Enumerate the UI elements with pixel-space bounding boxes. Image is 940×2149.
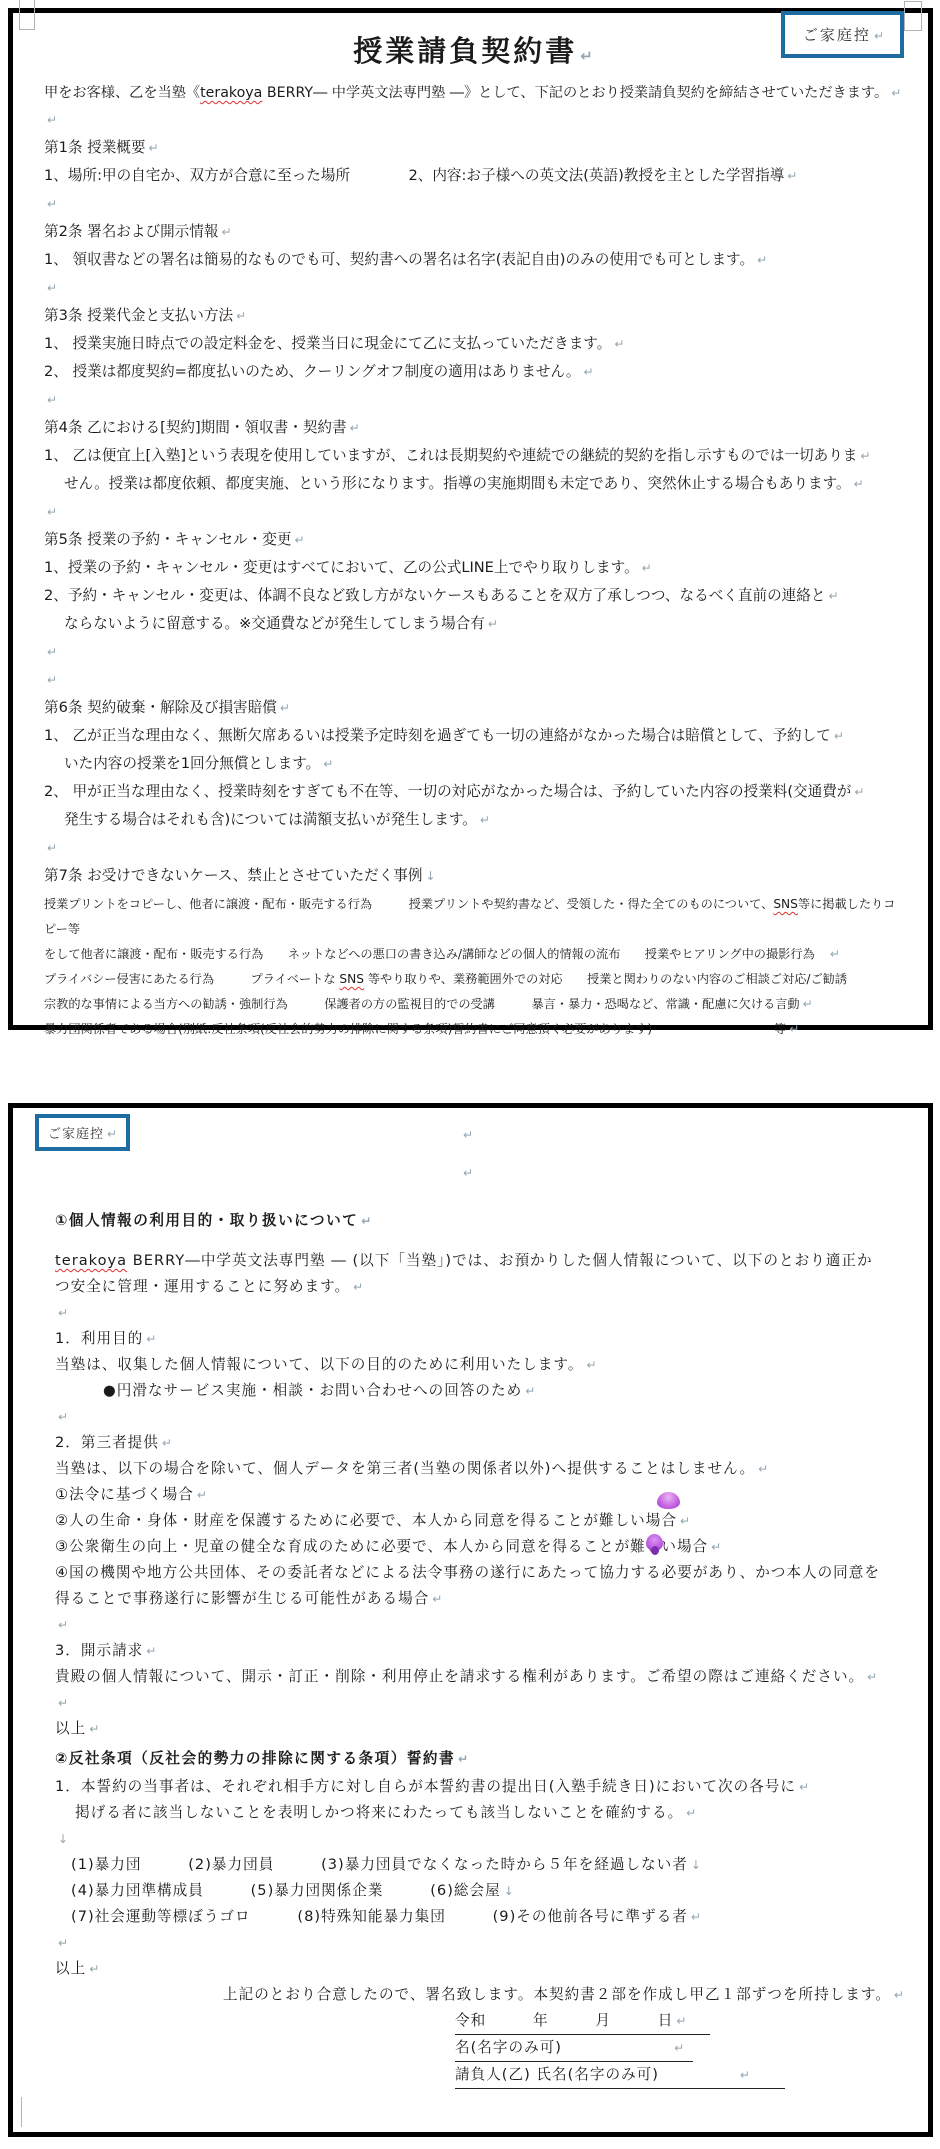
pilcrow-icon: ↵ <box>149 141 159 155</box>
margin-crop-mark <box>19 0 35 30</box>
pilcrow-icon: ↵ <box>586 1358 596 1372</box>
pilcrow-icon: ↵ <box>676 2014 686 2028</box>
pilcrow-icon: ↵ <box>614 337 624 351</box>
article-text-line: ならないように留意する。※交通費などが発生してしまう場合有↵ <box>64 610 902 638</box>
margin-crop-mark <box>21 2097 22 2127</box>
contract-page-2: ご家庭控↵ ↵ ↵ ①個人情報の利用目的・取り扱いについて↵ terakoya … <box>8 1103 933 2137</box>
pilcrow-icon: ↵ <box>525 1384 535 1398</box>
contract-page-1: ご家庭控↵ 授業請負契約書↵ 甲をお客様、乙を当塾《terakoya BERRY… <box>8 8 933 1030</box>
pilcrow-icon: ↵ <box>350 421 360 435</box>
article-heading: 第6条 契約破棄・解除及び損害賠償↵ <box>44 694 902 722</box>
family-copy-label: ご家庭控 <box>48 1127 104 1142</box>
pilcrow-icon: ↵ <box>854 785 864 799</box>
privacy-intro-line: terakoya BERRY―中学英文法専門塾 ― (以下「当塾」)では、お預か… <box>55 1248 904 1274</box>
pilcrow-icon: ↵ <box>874 29 884 43</box>
pilcrow-icon: ↵ <box>828 589 838 603</box>
pilcrow-icon: ↵ <box>830 947 840 961</box>
signature-name-field: 名(名字のみ可) ↵ <box>455 2035 693 2062</box>
pilcrow-icon: ↵ <box>162 1436 172 1450</box>
blank-line: ↵ <box>44 498 902 526</box>
pilcrow-icon: ↵ <box>323 757 333 771</box>
pilcrow-icon: ↵ <box>674 2041 684 2055</box>
pilcrow-icon: ↵ <box>834 729 844 743</box>
pilcrow-icon: ↵ <box>789 1022 799 1036</box>
blank-line: ↵ <box>55 1300 904 1326</box>
disclosure-text-line: 貴殿の個人情報について、開示・訂正・削除・利用停止を請求する権利があります。ご希… <box>55 1664 904 1690</box>
privacy-intro-line: つ安全に管理・運用することに努めます。↵ <box>55 1274 904 1300</box>
purpose-text-line: 当塾は、収集した個人情報について、以下の目的のために利用いたします。↵ <box>55 1352 904 1378</box>
prohibited-case-line: 授業プリントをコピーし、他者に譲渡・配布・販売する行為 授業プリントや契約書など… <box>44 892 902 942</box>
ink-balloon-annotation-icon <box>657 1492 680 1509</box>
antisocial-section-heading: ②反社条項（反社会的勢力の排除に関する条項）誓約書↵ <box>55 1746 904 1772</box>
family-copy-stamp-box: ご家庭控↵ <box>35 1114 130 1151</box>
article-heading: 第2条 署名および開示情報↵ <box>44 218 902 246</box>
article-text-line: 1、 乙は便宜上[入塾]という表現を使用していますが、これは長期契約や連続での継… <box>44 442 902 470</box>
prohibited-case-line: プライバシー侵害にあたる行為 プライベートな SNS 等やり取りや、業務範囲外で… <box>44 967 902 992</box>
arrow-line: ↓ <box>55 1826 904 1852</box>
blank-line: ↵ <box>44 190 902 218</box>
thirdparty-text-line: 当塾は、以下の場合を除いて、個人データを第三者(当塾の関係者以外)へ提供すること… <box>55 1456 904 1482</box>
margin-crop-mark <box>904 1 922 31</box>
article-heading: 第5条 授業の予約・キャンセル・変更↵ <box>44 526 902 554</box>
blank-line: ↵ <box>44 666 902 694</box>
pilcrow-icon: ↵ <box>294 533 304 547</box>
pilcrow-icon: ↵ <box>47 281 57 295</box>
antisocial-text-line: 1．本誓約の当事者は、それぞれ相手方に対し自らが本誓約書の提出日(入塾手続き日)… <box>55 1774 904 1800</box>
article-text-line: 1、 乙が正当な理由なく、無断欠席あるいは授業予定時刻を過ぎても一切の連絡がなか… <box>44 722 902 750</box>
pilcrow-icon: ↵ <box>854 477 864 491</box>
article-text-line: いた内容の授業を1回分無償とします。↵ <box>64 750 902 778</box>
blank-line: ↵ <box>44 638 902 666</box>
pilcrow-icon: ↵ <box>47 393 57 407</box>
pilcrow-icon: ↵ <box>58 1410 68 1424</box>
article-heading: 第4条 乙における[契約]期間・領収書・契約書↵ <box>44 414 902 442</box>
prohibited-case-line: をして他者に譲渡・配布・販売する行為 ネットなどへの悪口の書き込み/講師などの個… <box>44 942 902 967</box>
antisocial-group-line: (7)社会運動等標ぼうゴロ (8)特殊知能暴力集団 (9)その他前各号に準ずる者… <box>71 1904 904 1930</box>
pilcrow-icon: ↵ <box>47 505 57 519</box>
thirdparty-case-line: ②人の生命・身体・財産を保護するために必要で、本人から同意を得ることが難しい場合… <box>55 1508 904 1534</box>
pilcrow-icon: ↵ <box>361 1214 371 1228</box>
purpose-heading: 1．利用目的↵ <box>55 1326 904 1352</box>
article-heading: 第1条 授業概要↵ <box>44 134 902 162</box>
pilcrow-icon: ↵ <box>353 1280 363 1294</box>
family-copy-stamp-box: ご家庭控↵ <box>781 11 904 58</box>
article-heading: 第3条 授業代金と支払い方法↵ <box>44 302 902 330</box>
pilcrow-icon: ↵ <box>894 1988 904 2002</box>
blank-line: ↵ <box>55 1404 904 1430</box>
page-title: 授業請負契約書↵ <box>44 29 902 70</box>
pilcrow-icon: ↵ <box>236 309 246 323</box>
pilcrow-icon: ↵ <box>280 701 290 715</box>
pilcrow-icon: ↵ <box>803 997 813 1011</box>
blank-line: ↵ <box>55 1116 904 1154</box>
pilcrow-icon: ↵ <box>891 86 901 100</box>
disclosure-heading: 3．開示請求↵ <box>55 1638 904 1664</box>
prohibited-cases-list: 授業プリントをコピーし、他者に譲渡・配布・販売する行為 授業プリントや契約書など… <box>44 892 902 1042</box>
article-text-line: 1、 授業実施日時点での設定料金を、授業当日に現金にて乙に支払っていただきます。… <box>44 330 902 358</box>
pilcrow-icon: ↵ <box>488 617 498 631</box>
pilcrow-icon: ↵ <box>89 1962 99 1976</box>
signature-contractor-row: 請負人(乙) 氏名(名字のみ可) ↵ <box>55 2062 904 2089</box>
down-arrow-mark-icon: ↓ <box>58 1832 68 1846</box>
pilcrow-icon: ↵ <box>787 169 797 183</box>
blank-line: ↵ <box>44 834 902 862</box>
pilcrow-icon: ↵ <box>480 813 490 827</box>
pilcrow-icon: ↵ <box>463 1128 473 1142</box>
prohibited-case-line: 宗教的な事情による当方への勧誘・強制行為 保護者の方の監視目的での受講 暴言・暴… <box>44 992 902 1017</box>
pilcrow-icon: ↵ <box>691 1910 701 1924</box>
end-marker-line: 以上↵ <box>55 1956 904 1982</box>
pilcrow-icon: ↵ <box>47 673 57 687</box>
pilcrow-icon: ↵ <box>799 1780 809 1794</box>
pilcrow-icon: ↵ <box>680 1514 690 1528</box>
antisocial-group-line: (4)暴力団準構成員 (5)暴力団関係企業 (6)総会屋↓ <box>71 1878 904 1904</box>
pilcrow-icon: ↵ <box>463 1166 473 1180</box>
pilcrow-icon: ↵ <box>580 47 593 65</box>
pilcrow-icon: ↵ <box>58 1936 68 1950</box>
family-copy-label: ご家庭控 <box>803 26 871 44</box>
down-arrow-mark-icon: ↓ <box>425 869 435 883</box>
agreement-closing-line: 上記のとおり合意したので、署名致します。本契約書２部を作成し甲乙１部ずつを所持し… <box>223 1982 904 2008</box>
pilcrow-icon: ↵ <box>58 1618 68 1632</box>
blank-line: ↵ <box>55 1154 904 1192</box>
pilcrow-icon: ↵ <box>432 1592 442 1606</box>
article-heading: 第7条 お受けできないケース、禁止とさせていただく事例↓ <box>44 862 902 890</box>
article-text-line: 発生する場合はそれも含)については満額支払いが発生します。↵ <box>64 806 902 834</box>
pilcrow-icon: ↵ <box>146 1332 156 1346</box>
down-arrow-mark-icon: ↓ <box>504 1884 514 1898</box>
ink-balloon-annotation-icon <box>646 1534 663 1551</box>
blank-line: ↵ <box>44 274 902 302</box>
pilcrow-icon: ↵ <box>711 1540 721 1554</box>
pilcrow-icon: ↵ <box>642 561 652 575</box>
article-text-line: 2、 甲が正当な理由なく、授業時刻をすぎても不在等、一切の対応がなかった場合は、… <box>44 778 902 806</box>
blank-line: ↵ <box>55 1930 904 1956</box>
pilcrow-icon: ↵ <box>740 2068 750 2082</box>
antisocial-group-line: (1)暴力団 (2)暴力団員 (3)暴力団員でなくなった時から５年を経過しない者… <box>71 1852 904 1878</box>
pilcrow-icon: ↵ <box>860 449 870 463</box>
blank-line: ↵ <box>55 1612 904 1638</box>
pilcrow-icon: ↵ <box>58 1306 68 1320</box>
pilcrow-icon: ↵ <box>758 1462 768 1476</box>
thirdparty-heading: 2．第三者提供↵ <box>55 1430 904 1456</box>
blank-line: ↵ <box>44 106 902 134</box>
thirdparty-case-line: ①法令に基づく場合↵ <box>55 1482 904 1508</box>
signature-name-row: 名(名字のみ可) ↵ <box>55 2035 904 2062</box>
thirdparty-case-line: 得ることで事務遂行に影響が生じる可能性がある場合↵ <box>55 1586 904 1612</box>
thirdparty-case-line: ④国の機関や地方公共団体、その委託者などによる法令事務の遂行にあたって協力する必… <box>55 1560 904 1586</box>
article-text-line: 1、場所:甲の自宅か、双方が合意に至った場所 2、内容:お子様への英文法(英語)… <box>44 162 902 190</box>
pilcrow-icon: ↵ <box>584 365 594 379</box>
thirdparty-case-line: ③公衆衛生の向上・児童の健全な育成のために必要で、本人から同意を得ることが難しい… <box>55 1534 904 1560</box>
antisocial-text-line: 掲げる者に該当しないことを表明しかつ将来にわたっても該当しないことを確約する。↵ <box>75 1800 904 1826</box>
pilcrow-icon: ↵ <box>47 645 57 659</box>
spellcheck-word: SNS <box>339 972 364 986</box>
article-text-line: 2、予約・キャンセル・変更は、体調不良など致し方がないケースもあることを双方了承… <box>44 582 902 610</box>
pilcrow-icon: ↵ <box>221 225 231 239</box>
signature-date-field: 令和 年 月 日↵ <box>455 2008 710 2035</box>
pilcrow-icon: ↵ <box>47 197 57 211</box>
pilcrow-icon: ↵ <box>458 1752 468 1766</box>
down-arrow-mark-icon: ↓ <box>691 1858 701 1872</box>
spellcheck-word: terakoya <box>200 85 262 101</box>
pilcrow-icon: ↵ <box>47 841 57 855</box>
blank-line: ↵ <box>44 386 902 414</box>
signature-date-row: 令和 年 月 日↵ <box>55 2008 904 2035</box>
spellcheck-word: terakoya <box>55 1252 127 1269</box>
article-text-line: せん。授業は都度依頼、都度実施、という形になります。指導の実施期間も未定であり、… <box>64 470 902 498</box>
pilcrow-icon: ↵ <box>197 1488 207 1502</box>
purpose-bullet-line: ●円滑なサービス実施・相談・お問い合わせへの回答のため↵ <box>103 1378 904 1404</box>
prohibited-case-line: 暴力団関係者である場合(別紙:反社条項(反社会的勢力の排除に関する条項)誓約書に… <box>44 1017 902 1042</box>
article-text-line: 1、 領収書などの署名は簡易的なものでも可、契約書への署名は名字(表記自由)のみ… <box>44 246 902 274</box>
spellcheck-word: SNS <box>773 897 798 911</box>
pilcrow-icon: ↵ <box>89 1722 99 1736</box>
article-text-line: 1、授業の予約・キャンセル・変更はすべてにおいて、乙の公式LINE上でやり取りし… <box>44 554 902 582</box>
pilcrow-icon: ↵ <box>146 1644 156 1658</box>
signature-contractor-field: 請負人(乙) 氏名(名字のみ可) ↵ <box>455 2062 785 2089</box>
pilcrow-icon: ↵ <box>867 1670 877 1684</box>
blank-line: ↵ <box>55 1690 904 1716</box>
article-text-line: 2、 授業は都度契約=都度払いのため、クーリングオフ制度の適用はありません。↵ <box>44 358 902 386</box>
pilcrow-icon: ↵ <box>47 113 57 127</box>
privacy-section-heading: ①個人情報の利用目的・取り扱いについて↵ <box>55 1208 904 1234</box>
pilcrow-icon: ↵ <box>58 1696 68 1710</box>
pilcrow-icon: ↵ <box>107 1127 117 1141</box>
pilcrow-icon: ↵ <box>757 253 767 267</box>
intro-line: 甲をお客様、乙を当塾《terakoya BERRY― 中学英文法専門塾 ―》とし… <box>44 80 902 106</box>
end-marker-line: 以上↵ <box>55 1716 904 1742</box>
pilcrow-icon: ↵ <box>686 1806 696 1820</box>
